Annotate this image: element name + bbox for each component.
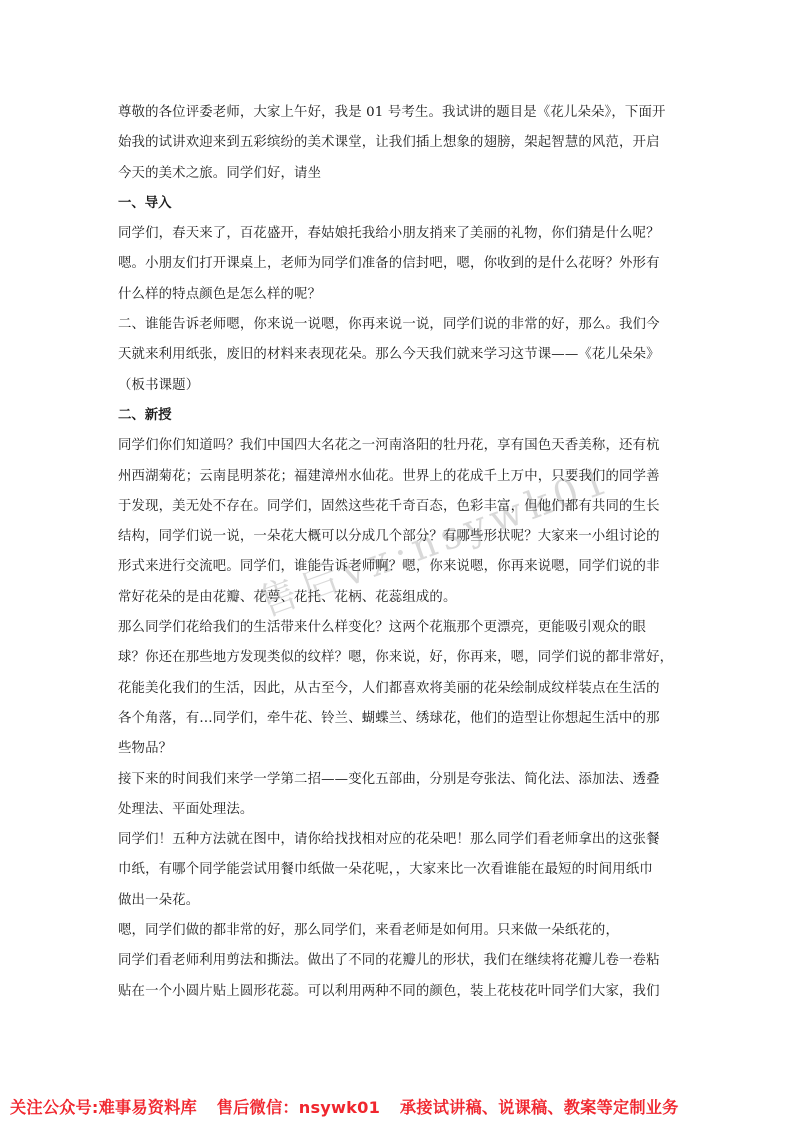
paragraph-line: 同学们你们知道吗？我们中国四大名花之一河南洛阳的牡丹花，享有国色天香美称，还有杭 (118, 431, 678, 461)
paragraph-line: 球？你还在那些地方发现类似的纹样？嗯，你来说，好，你再来，嗯，同学们说的都非常好… (118, 643, 678, 673)
paragraph-line: 什么样的特点颜色是怎么样的呢？ (118, 280, 678, 310)
paragraph-line: 那么同学们花给我们的生活带来什么样变化？这两个花瓶那个更漂亮，更能吸引观众的眼 (118, 613, 678, 643)
paragraph-line: 嗯。小朋友们打开课桌上，老师为同学们准备的信封吧，嗯，你收到的是什么花呀？外形有 (118, 249, 678, 279)
footer-wechat-account: 关注公众号:难事易资料库 (10, 1098, 197, 1117)
paragraph-line: 于发现，美无处不存在。同学们，固然这些花千奇百态，色彩丰富，但他们都有共同的生长 (118, 492, 678, 522)
paragraph-line: 二、谁能告诉老师嗯，你来说一说嗯，你再来说一说，同学们说的非常的好，那么。我们今 (118, 310, 678, 340)
paragraph-line: 些物品？ (118, 734, 678, 764)
paragraph-line: 接下来的时间我们来学一学第二招——变化五部曲，分别是夸张法、简化法、添加法、透叠 (118, 765, 678, 795)
paragraph-line: 花能美化我们的生活，因此，从古至今，人们都喜欢将美丽的花朵绘制成纹样装点在生活的 (118, 674, 678, 704)
paragraph-line: 同学们，春天来了，百花盛开，春姑娘托我给小朋友捎来了美丽的礼物，你们猜是什么呢？ (118, 219, 678, 249)
paragraph-line: 结构，同学们说一说，一朵花大概可以分成几个部分？有哪些形状呢？大家来一小组讨论的 (118, 522, 678, 552)
paragraph-line: 同学们看老师利用剪法和撕法。做出了不同的花瓣儿的形状，我们在继续将花瓣儿卷一卷粘 (118, 946, 678, 976)
paragraph-line: 天就来利用纸张，废旧的材料来表现花朵。那么今天我们就来学习这节课——《花儿朵朵》 (118, 340, 678, 370)
paragraph-line: 做出一朵花。 (118, 886, 678, 916)
footer-banner: 关注公众号:难事易资料库 售后微信：nsywk01 承接试讲稿、说课稿、教案等定… (0, 1094, 793, 1118)
paragraph-line: （板书课题） (118, 371, 678, 401)
intro-line: 尊敬的各位评委老师，大家上午好，我是 01 号考生。我试讲的题目是《花儿朵朵》，… (118, 98, 678, 128)
paragraph-line: 贴在一个小圆片贴上圆形花蕊。可以利用两种不同的颜色，装上花枝花叶同学们大家，我们 (118, 977, 678, 1007)
section-heading-intro: 一、导入 (118, 189, 678, 219)
footer-services: 承接试讲稿、说课稿、教案等定制业务 (400, 1098, 679, 1117)
footer-support-wechat: 售后微信：nsywk01 (217, 1098, 380, 1117)
paragraph-line: 各个角落，有…同学们，牵牛花、铃兰、蝴蝶兰、绣球花，他们的造型让你想起生活中的那 (118, 704, 678, 734)
paragraph-line: 州西湖菊花；云南昆明茶花；福建漳州水仙花。世界上的花成千上万中，只要我们的同学善 (118, 462, 678, 492)
paragraph-line: 处理法、平面处理法。 (118, 795, 678, 825)
paragraph-line: 嗯，同学们做的都非常的好，那么同学们，来看老师是如何用。只来做一朵纸花的， (118, 916, 678, 946)
section-heading-new-lesson: 二、新授 (118, 401, 678, 431)
paragraph-line: 常好花朵的是由花瓣、花萼、花托、花柄、花蕊组成的。 (118, 583, 678, 613)
paragraph-line: 同学们！五种方法就在图中，请你给找找相对应的花朵吧！那么同学们看老师拿出的这张餐 (118, 825, 678, 855)
intro-line: 始我的试讲欢迎来到五彩缤纷的美术课堂，让我们插上想象的翅膀，架起智慧的风范，开启 (118, 128, 678, 158)
document-page: 尊敬的各位评委老师，大家上午好，我是 01 号考生。我试讲的题目是《花儿朵朵》，… (118, 98, 678, 1007)
intro-line: 今天的美术之旅。同学们好，请坐 (118, 159, 678, 189)
paragraph-line: 巾纸，有哪个同学能尝试用餐巾纸做一朵花呢，，大家来比一次看谁能在最短的时间用纸巾 (118, 855, 678, 885)
paragraph-line: 形式来进行交流吧。同学们，谁能告诉老师啊？嗯，你来说嗯，你再来说嗯，同学们说的非 (118, 552, 678, 582)
